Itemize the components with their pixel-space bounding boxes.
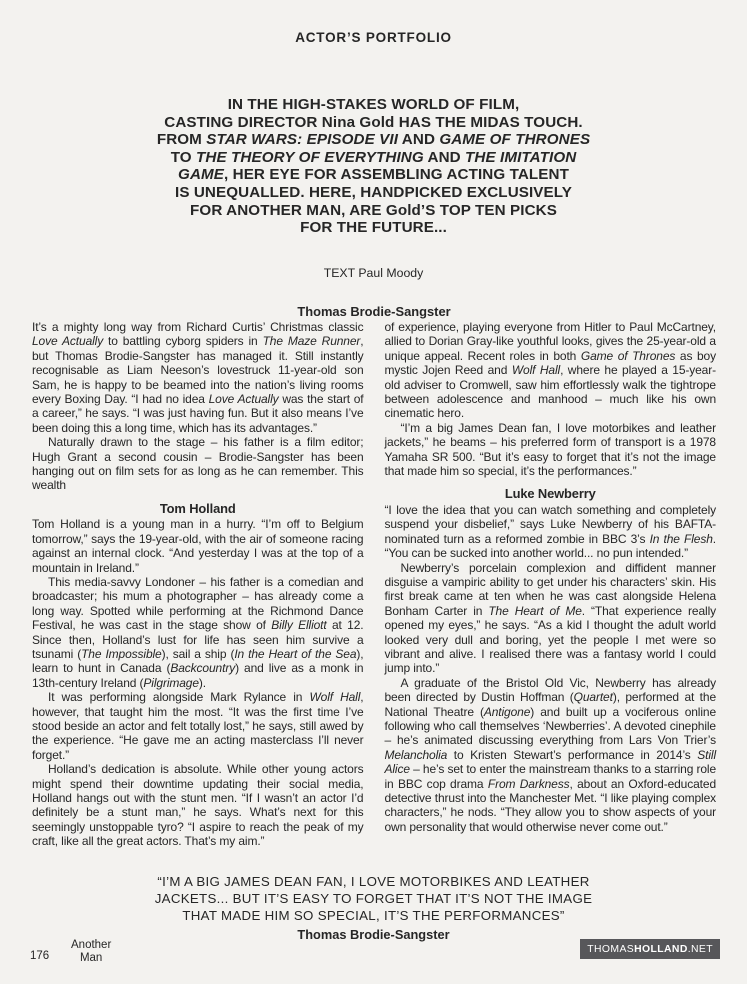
standfirst-line: IS UNEQUALLED. HERE, HANDPICKED EXCLUSIV… [84,184,664,202]
article-paragraph: It’s a mighty long way from Richard Curt… [32,320,364,435]
article-paragraph: Newberry’s porcelain complexion and diff… [385,561,717,676]
standfirst-line: GAME, HER EYE FOR ASSEMBLING ACTING TALE… [84,166,664,184]
article-paragraph: Naturally drawn to the stage – his fathe… [32,435,364,493]
website-badge-text: THOMAS [587,944,634,955]
article-columns: It’s a mighty long way from Richard Curt… [32,320,716,849]
pull-quote-line: “I’M A BIG JAMES DEAN FAN, I LOVE MOTORB… [94,873,654,890]
section-kicker: ACTOR’S PORTFOLIO [0,30,747,45]
byline: TEXT Paul Moody [0,266,747,280]
section-heading-luke-newberry: Luke Newberry [385,487,717,501]
pull-quote: “I’M A BIG JAMES DEAN FAN, I LOVE MOTORB… [94,873,654,943]
article-paragraph: Holland’s dedication is absolute. While … [32,762,364,848]
standfirst-line: IN THE HIGH-STAKES WORLD OF FILM, [84,96,664,114]
standfirst-line: CASTING DIRECTOR Nina Gold HAS THE MIDAS… [84,114,664,132]
magazine-title: Another Man [71,939,111,964]
standfirst: IN THE HIGH-STAKES WORLD OF FILM, CASTIN… [84,96,664,237]
article-paragraph: of experience, playing everyone from Hit… [385,320,717,421]
standfirst-line: FOR ANOTHER MAN, ARE Gold’S TOP TEN PICK… [84,202,664,220]
standfirst-line: FROM STAR WARS: EPISODE VII AND GAME OF … [84,131,664,149]
pull-quote-attribution: Thomas Brodie-Sangster [94,926,654,943]
section-heading-thomas-brodie-sangster: Thomas Brodie-Sangster [32,304,716,319]
article-paragraph: “I love the idea that you can watch some… [385,503,717,561]
section-heading-tom-holland: Tom Holland [32,502,364,516]
pull-quote-line: JACKETS... BUT IT’S EASY TO FORGET THAT … [94,890,654,907]
magazine-title-line: Man [71,952,111,965]
article-paragraph: It was performing alongside Mark Rylance… [32,690,364,762]
article-paragraph: This media-savvy Londoner – his father i… [32,575,364,690]
website-badge-text-bold: HOLLAND [634,944,688,955]
pull-quote-line: THAT MADE HIM SO SPECIAL, IT’S THE PERFO… [94,907,654,924]
article-paragraph: Tom Holland is a young man in a hurry. “… [32,517,364,575]
article-column-right: of experience, playing everyone from Hit… [385,320,717,849]
article-paragraph: “I’m a big James Dean fan, I love motorb… [385,421,717,479]
page-number: 176 [30,950,49,962]
article-column-left: It’s a mighty long way from Richard Curt… [32,320,364,849]
standfirst-line: FOR THE FUTURE... [84,219,664,237]
standfirst-line: TO THE THEORY OF EVERYTHING AND THE IMIT… [84,149,664,167]
website-badge-text: .NET [688,944,713,955]
article-body: Thomas Brodie-Sangster It’s a mighty lon… [32,304,716,849]
article-paragraph: A graduate of the Bristol Old Vic, Newbe… [385,676,717,834]
website-badge: THOMASHOLLAND.NET [580,939,720,959]
magazine-title-line: Another [71,939,111,952]
